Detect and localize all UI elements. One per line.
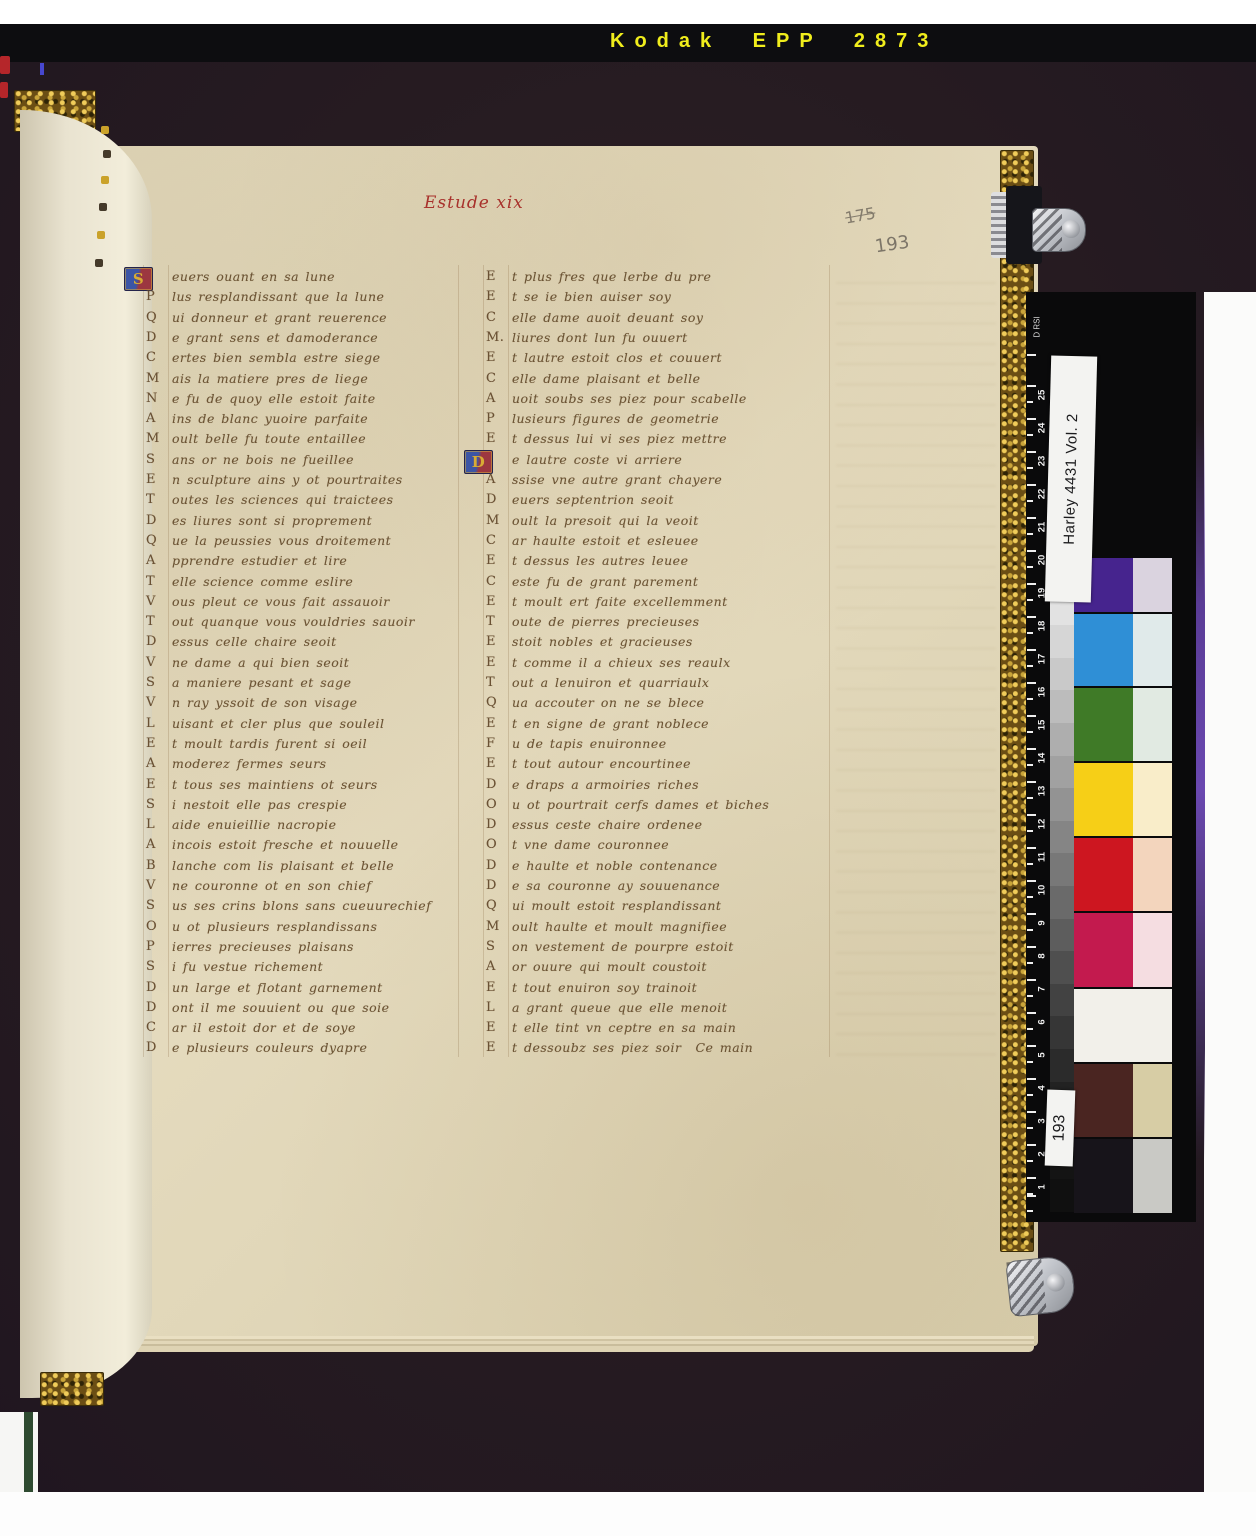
text-line: De lautre coste vi arriere (486, 452, 682, 472)
ruler-number: 8 (1033, 949, 1051, 963)
ruler-tick (1027, 484, 1036, 486)
text-line: Plus resplandissant que la lune (146, 289, 384, 309)
line-text: euers septentrion seoit (512, 492, 674, 507)
text-line: Telle science comme eslire (146, 574, 353, 594)
ruler-tick (1027, 583, 1036, 585)
verso-show-through (836, 282, 996, 1072)
line-initial: D (486, 878, 510, 893)
text-line: Moult haulte et moult magnifiee (486, 919, 727, 939)
ruler-tick (1027, 1078, 1036, 1080)
line-text: t dessus lui vi ses piez mettre (512, 431, 727, 446)
folio-sticker-text: 193 (1051, 1114, 1070, 1141)
line-text: ne couronne ot en son chief (172, 878, 371, 893)
text-line: Toutes les sciences qui traictees (146, 492, 394, 512)
film-frame-bottom-band (0, 1492, 1256, 1536)
line-initial: Q (486, 695, 510, 710)
line-text: lusieurs figures de geometrie (512, 411, 719, 426)
ruler-half-tick (1027, 1094, 1033, 1096)
line-initial: E (486, 634, 510, 649)
text-line: Si nestoit elle pas crespie (146, 797, 347, 817)
line-initial: E (486, 553, 510, 568)
line-text: lanche com lis plaisant et belle (172, 858, 394, 873)
text-line: Celle dame auoit deuant soy (486, 310, 703, 330)
line-initial: A (486, 472, 510, 487)
grayscale-step (1050, 788, 1074, 821)
text-line: De grant sens et damoderance (146, 330, 378, 350)
gilt-stud (103, 150, 111, 158)
line-initial: E (146, 472, 170, 487)
text-line: De draps a armoiries riches (486, 777, 699, 797)
ruler-tick (1027, 550, 1036, 552)
line-initial: V (146, 878, 170, 893)
film-edge-marking (0, 56, 10, 74)
line-initial: E (486, 655, 510, 670)
line-text: u ot pourtrait cerfs dames et biches (512, 797, 769, 812)
text-line: Et comme il a chieux ses reaulx (486, 655, 731, 675)
line-initial: T (146, 492, 170, 507)
text-line: Et dessus lui vi ses piez mettre (486, 431, 727, 451)
text-line: Et dessoubz ses piez soirCe main (486, 1040, 753, 1060)
line-text: ins de blanc yuoire parfaite (172, 411, 368, 426)
line-initial: M (146, 431, 170, 446)
ruler-number-text: 22 (1037, 489, 1048, 500)
ruler-half-tick (1027, 665, 1033, 667)
line-text: ais la matiere pres de liege (172, 371, 368, 386)
text-line: Dessus celle chaire seoit (146, 634, 337, 654)
ruler-number: 10 (1033, 883, 1051, 897)
color-patch-main (1074, 989, 1172, 1062)
line-initial: E (486, 289, 510, 304)
line-text: us ses crins blons sans cueuurechief (172, 898, 431, 913)
text-line: Dun large et flotant garnement (146, 980, 383, 1000)
ruler-tick (1027, 1195, 1036, 1197)
line-initial: A (146, 553, 170, 568)
line-text: lus resplandissant que la lune (172, 289, 384, 304)
line-text: moderez fermes seurs (172, 756, 327, 771)
text-line: Qua accouter on ne se blece (486, 695, 704, 715)
text-line: Car il estoit dor et de soye (146, 1020, 356, 1040)
line-text: ertes bien sembla estre siege (172, 350, 381, 365)
ruler-top-label-text: D RSI (1033, 316, 1042, 337)
line-initial: D (486, 858, 510, 873)
text-line: Vne dame a qui bien seoit (146, 655, 349, 675)
ruler-half-tick (1027, 1127, 1033, 1129)
line-text: oult belle fu toute entaillee (172, 431, 366, 446)
line-initial: A (486, 959, 510, 974)
color-patch-main (1074, 688, 1133, 761)
line-text: n ray yssoit de son visage (172, 695, 358, 710)
line-text: t dessus les autres leuee (512, 553, 688, 568)
ruler-half-tick (1027, 698, 1033, 700)
ruler-tick (1027, 1045, 1036, 1047)
ruler-number-text: 4 (1037, 1085, 1048, 1090)
text-line: Amoderez fermes seurs (146, 756, 327, 776)
line-initial: A (146, 756, 170, 771)
text-line: Ou ot pourtrait cerfs dames et biches (486, 797, 769, 817)
ruler-number-text: 7 (1037, 986, 1048, 991)
color-patch-pale (1133, 1139, 1172, 1213)
line-initial: D (486, 777, 510, 792)
ruler-tick (1027, 649, 1036, 651)
ruler-number-text: 13 (1037, 786, 1048, 797)
line-text: e fu de quoy elle estoit faite (172, 391, 376, 406)
ruler-tick (1027, 748, 1036, 750)
line-text: elle science comme eslire (172, 574, 353, 589)
line-initial: L (486, 1000, 510, 1015)
ruler-half-tick (1027, 731, 1033, 733)
line-text: t vne dame couronnee (512, 837, 669, 852)
ruler-number-text: 5 (1037, 1052, 1048, 1057)
line-text: t se ie bien auiser soy (512, 289, 671, 304)
grayscale-step (1050, 1016, 1074, 1049)
text-line: Et moult ert faite excellemment (486, 594, 728, 614)
text-line: Et en signe de grant noblece (486, 716, 709, 736)
text-line: De plusieurs couleurs dyapre (146, 1040, 367, 1060)
line-initial: D (486, 817, 510, 832)
line-initial: T (486, 614, 510, 629)
text-line: Auoit soubs ses piez pour scabelle (486, 391, 747, 411)
line-initial: E (486, 269, 510, 284)
line-initial: D (146, 1040, 170, 1055)
line-initial: O (146, 919, 170, 934)
ruler-tick (1027, 1177, 1036, 1179)
line-initial: C (146, 1020, 170, 1035)
grayscale-step (1050, 690, 1074, 723)
color-patch-main (1074, 614, 1133, 686)
text-line: Tout a lenuiron et quarriaulx (486, 675, 709, 695)
line-text: e lautre coste vi arriere (512, 452, 682, 467)
text-line: Ot vne dame couronnee (486, 837, 669, 857)
line-initial: S (146, 959, 170, 974)
line-text: ans or ne bois ne fueillee (172, 452, 354, 467)
text-line: Certes bien sembla estre siege (146, 350, 381, 370)
line-initial: S (146, 898, 170, 913)
color-patch-main (1074, 913, 1133, 987)
line-initial: P (146, 939, 170, 954)
ruler-number: 6 (1033, 1015, 1051, 1029)
line-initial: D (146, 330, 170, 345)
color-patch-main (1074, 1139, 1133, 1213)
line-text: e haulte et noble contenance (512, 858, 718, 873)
ruler-half-tick (1027, 1061, 1033, 1063)
line-initial: V (146, 594, 170, 609)
ruler-tick (1027, 517, 1036, 519)
text-line: Et lautre estoit clos et couuert (486, 350, 722, 370)
text-line: Celle dame plaisant et belle (486, 371, 701, 391)
line-text: t lautre estoit clos et couuert (512, 350, 722, 365)
ruler-number: 5 (1033, 1048, 1051, 1062)
line-text: e grant sens et damoderance (172, 330, 378, 345)
kodak-film-label: Kodak EPP 2873 (610, 30, 938, 53)
ruler-half-tick (1027, 1160, 1033, 1162)
ruling-line (143, 265, 144, 1057)
color-patch-main (1074, 838, 1133, 911)
line-initial: O (486, 797, 510, 812)
line-initial: A (146, 837, 170, 852)
ruler-number-text: 11 (1037, 852, 1048, 862)
line-initial: E (146, 736, 170, 751)
ruler-half-tick (1027, 764, 1033, 766)
illuminated-initial: S (124, 267, 153, 291)
line-text: on vestement de pourpre estoit (512, 939, 734, 954)
text-line: Luisant et cler plus que souleil (146, 716, 384, 736)
line-text: i fu vestue richement (172, 959, 323, 974)
line-initial: V (146, 655, 170, 670)
catchword: Ce main (695, 1040, 753, 1055)
text-line: Laide enuieillie nacropie (146, 817, 336, 837)
grayscale-step (1050, 1049, 1074, 1082)
line-initial: L (146, 716, 170, 731)
ruling-line (829, 265, 830, 1057)
line-text: oult la presoit qui la veoit (512, 513, 699, 528)
line-initial: D (146, 1000, 170, 1015)
text-line: Sa maniere pesant et sage (146, 675, 352, 695)
shelfmark-label-text: Harley 4431 Vol. 2 (1061, 413, 1081, 545)
illuminated-initial: D (464, 450, 493, 474)
line-text: essus celle chaire seoit (172, 634, 337, 649)
ruler-number-text: 16 (1037, 687, 1048, 698)
text-line: Car haulte estoit et esleuee (486, 533, 699, 553)
grayscale-step (1050, 1179, 1074, 1212)
text-line: M.liures dont lun fu ouuert (486, 330, 688, 350)
gilt-stud (101, 126, 109, 134)
line-initial: C (146, 350, 170, 365)
color-patch-pale (1133, 763, 1172, 836)
line-initial: B (146, 858, 170, 873)
text-line: Et tout autour encourtinee (486, 756, 691, 776)
ruler-tick (1027, 880, 1036, 882)
text-line: Et tous ses maintiens ot seurs (146, 777, 378, 797)
line-text: a grant queue que elle menoit (512, 1000, 727, 1015)
line-text: outes les sciences qui traictees (172, 492, 394, 507)
line-text: pprendre estudier et lire (172, 553, 347, 568)
ruler-tick (1027, 451, 1036, 453)
line-text: i nestoit elle pas crespie (172, 797, 347, 812)
line-text: ont il me souuient ou que soie (172, 1000, 390, 1015)
clip-dimple (1062, 220, 1080, 238)
line-text: ar haulte estoit et esleuee (512, 533, 699, 548)
text-line: Apprendre estudier et lire (146, 553, 347, 573)
binder-clip-top (1032, 208, 1086, 252)
folio-sticker: 193 (1045, 1090, 1076, 1167)
line-text: or ouure qui moult coustoit (512, 959, 707, 974)
line-initial: C (486, 533, 510, 548)
ruler-half-tick (1027, 830, 1033, 832)
line-text: ierres precieuses plaisans (172, 939, 354, 954)
line-initial: M. (486, 330, 510, 345)
line-initial: E (486, 716, 510, 731)
text-line: Et se ie bien auiser soy (486, 289, 671, 309)
line-text: e sa couronne ay souuenance (512, 878, 720, 893)
ruling-line (483, 265, 484, 1057)
line-text: n sculpture ains y ot pourtraites (172, 472, 403, 487)
ruler-number: 12 (1033, 817, 1051, 831)
line-text: uisant et cler plus que souleil (172, 716, 384, 731)
line-text: t dessoubz ses piez soir (512, 1040, 681, 1055)
text-line: Qui moult estoit resplandissant (486, 898, 721, 918)
facing-page-curl (20, 110, 152, 1398)
line-text: t elle tint vn ceptre en sa main (512, 1020, 736, 1035)
page-bottom-edges (104, 1336, 1034, 1352)
line-text: es liures sont si proprement (172, 513, 372, 528)
line-initial: E (486, 431, 510, 446)
line-text: t tous ses maintiens ot seurs (172, 777, 378, 792)
line-text: t moult ert faite excellemment (512, 594, 728, 609)
ruler-half-tick (1027, 401, 1033, 403)
text-line: Vn ray yssoit de son visage (146, 695, 358, 715)
film-registration-mark (40, 63, 44, 75)
ruler-half-tick (1027, 467, 1033, 469)
ruler-number: 9 (1033, 916, 1051, 930)
line-text: ue la peussies vous droitement (172, 533, 391, 548)
text-line: Son vestement de pourpre estoit (486, 939, 734, 959)
line-initial: E (486, 1040, 510, 1055)
shelfmark-label: Harley 4431 Vol. 2 (1045, 355, 1097, 602)
line-initial: Q (146, 310, 170, 325)
text-line: Des liures sont si proprement (146, 513, 372, 533)
running-title: Estude xix (424, 193, 524, 213)
ruler-number-text: 23 (1037, 456, 1048, 467)
color-patch-main (1074, 763, 1133, 836)
ruler-tick (1027, 913, 1036, 915)
ruler-half-tick (1027, 962, 1033, 964)
line-initial: Q (146, 533, 170, 548)
text-line: Que la peussies vous droitement (146, 533, 391, 553)
ruler-half-tick (1027, 500, 1033, 502)
line-text: t comme il a chieux ses reaulx (512, 655, 731, 670)
ruler-number: 13 (1033, 784, 1051, 798)
line-text: oult haulte et moult magnifiee (512, 919, 727, 934)
text-line: Et elle tint vn ceptre en sa main (486, 1020, 736, 1040)
ruler-number: 15 (1033, 718, 1051, 732)
clip-ridges (1006, 1259, 1047, 1316)
line-initial: S (146, 675, 170, 690)
text-line: Ceste fu de grant parement (486, 574, 698, 594)
clip-dimple (1046, 1273, 1066, 1293)
gold-braid-bottom-left (40, 1372, 104, 1406)
line-initial: A (486, 391, 510, 406)
text-line: Tout quanque vous vouldries sauoir (146, 614, 415, 634)
ruler-half-tick (1027, 995, 1033, 997)
ruler-number: 16 (1033, 685, 1051, 699)
line-initial: S (146, 452, 170, 467)
text-line: Dont il me souuient ou que soie (146, 1000, 390, 1020)
line-initial: T (146, 614, 170, 629)
ruler-top-label: D RSI (1026, 300, 1048, 354)
ruler-tick (1027, 1111, 1036, 1113)
ruler-number: 11 (1033, 850, 1051, 864)
line-initial: M (486, 513, 510, 528)
ruling-line (458, 265, 459, 1057)
ruler-tick (1027, 715, 1036, 717)
line-initial: E (486, 594, 510, 609)
ruler-number: 25 (1033, 388, 1051, 402)
line-initial: T (486, 675, 510, 690)
line-initial: M (486, 919, 510, 934)
line-initial: D (486, 492, 510, 507)
line-text: uoit soubs ses piez pour scabelle (512, 391, 747, 406)
line-text: e draps a armoiries riches (512, 777, 699, 792)
line-initial: S (146, 797, 170, 812)
text-line: De haulte et noble contenance (486, 858, 718, 878)
text-line: Mais la matiere pres de liege (146, 371, 368, 391)
line-text: ous pleut ce vous fait assauoir (172, 594, 390, 609)
ruler-half-tick (1027, 863, 1033, 865)
ruler-half-tick (1027, 434, 1033, 436)
ruler-number: 1 (1033, 1180, 1051, 1194)
line-text: essus ceste chaire ordenee (512, 817, 702, 832)
clip-ridges (1033, 209, 1062, 251)
ruler-half-tick (1027, 599, 1033, 601)
grayscale-step (1050, 821, 1074, 854)
line-text: t en signe de grant noblece (512, 716, 709, 731)
line-text: un large et flotant garnement (172, 980, 383, 995)
bottom-left-green-sliver (24, 1412, 33, 1496)
ruler-tick (1027, 385, 1036, 387)
line-text: incois estoit fresche et nouuelle (172, 837, 399, 852)
ruler-number-text: 6 (1037, 1019, 1048, 1024)
ruler-half-tick (1027, 533, 1033, 535)
ruler-number-text: 18 (1037, 621, 1048, 632)
grayscale-step (1050, 756, 1074, 789)
text-line: Sus ses crins blons sans cueuurechief (146, 898, 431, 918)
line-text: euers ouant en sa lune (172, 269, 335, 284)
ruler-tick (1027, 946, 1036, 948)
ruler-number-text: 1 (1037, 1184, 1048, 1189)
text-line: Deuers septentrion seoit (486, 492, 674, 512)
text-line: Fu de tapis enuironnee (486, 736, 667, 756)
text-line: Pierres precieuses plaisans (146, 939, 354, 959)
photographed-manuscript-frame: Kodak EPP 2873 D RSI 2524232221201918171… (0, 0, 1256, 1536)
ruler-tick (1027, 979, 1036, 981)
line-text: elle dame plaisant et belle (512, 371, 701, 386)
ruler-number: 7 (1033, 982, 1051, 996)
color-patch-pale (1133, 1064, 1172, 1137)
ruler-tick (1027, 418, 1036, 420)
line-initial: S (486, 939, 510, 954)
line-initial: D (146, 980, 170, 995)
line-initial: O (486, 837, 510, 852)
ruler-tick (1027, 847, 1036, 849)
text-line: Ou ot plusieurs resplandissans (146, 919, 377, 939)
line-text: stoit nobles et gracieuses (512, 634, 693, 649)
text-line: Toute de pierres precieuses (486, 614, 700, 634)
line-text: liures dont lun fu ouuert (512, 330, 688, 345)
film-edge-marking (0, 82, 8, 98)
line-initial: P (486, 411, 510, 426)
text-line: Sans or ne bois ne fueillee (146, 452, 354, 472)
color-calibration-target: D RSI 2524232221201918171615141312111098… (1026, 292, 1196, 1222)
line-text: ar il estoit dor et de soye (172, 1020, 356, 1035)
purple-edge-sliver (1196, 420, 1205, 1160)
line-initial: E (486, 350, 510, 365)
text-line: De sa couronne ay souuenance (486, 878, 720, 898)
line-text: ne dame a qui bien seoit (172, 655, 349, 670)
text-line: Vne couronne ot en son chief (146, 878, 371, 898)
text-line: Vous pleut ce vous fait assauoir (146, 594, 390, 614)
text-line: Si fu vestue richement (146, 959, 323, 979)
line-text: t plus fres que lerbe du pre (512, 269, 711, 284)
line-text: este fu de grant parement (512, 574, 698, 589)
line-initial: P (146, 289, 170, 304)
ruler-number: 18 (1033, 619, 1051, 633)
grayscale-step (1050, 984, 1074, 1017)
color-patch-pale (1133, 838, 1172, 911)
gilt-stud (101, 176, 109, 184)
ruler-number-text: 8 (1037, 953, 1048, 958)
right-white-band (1204, 292, 1256, 1492)
ruler-tick (1027, 354, 1036, 356)
